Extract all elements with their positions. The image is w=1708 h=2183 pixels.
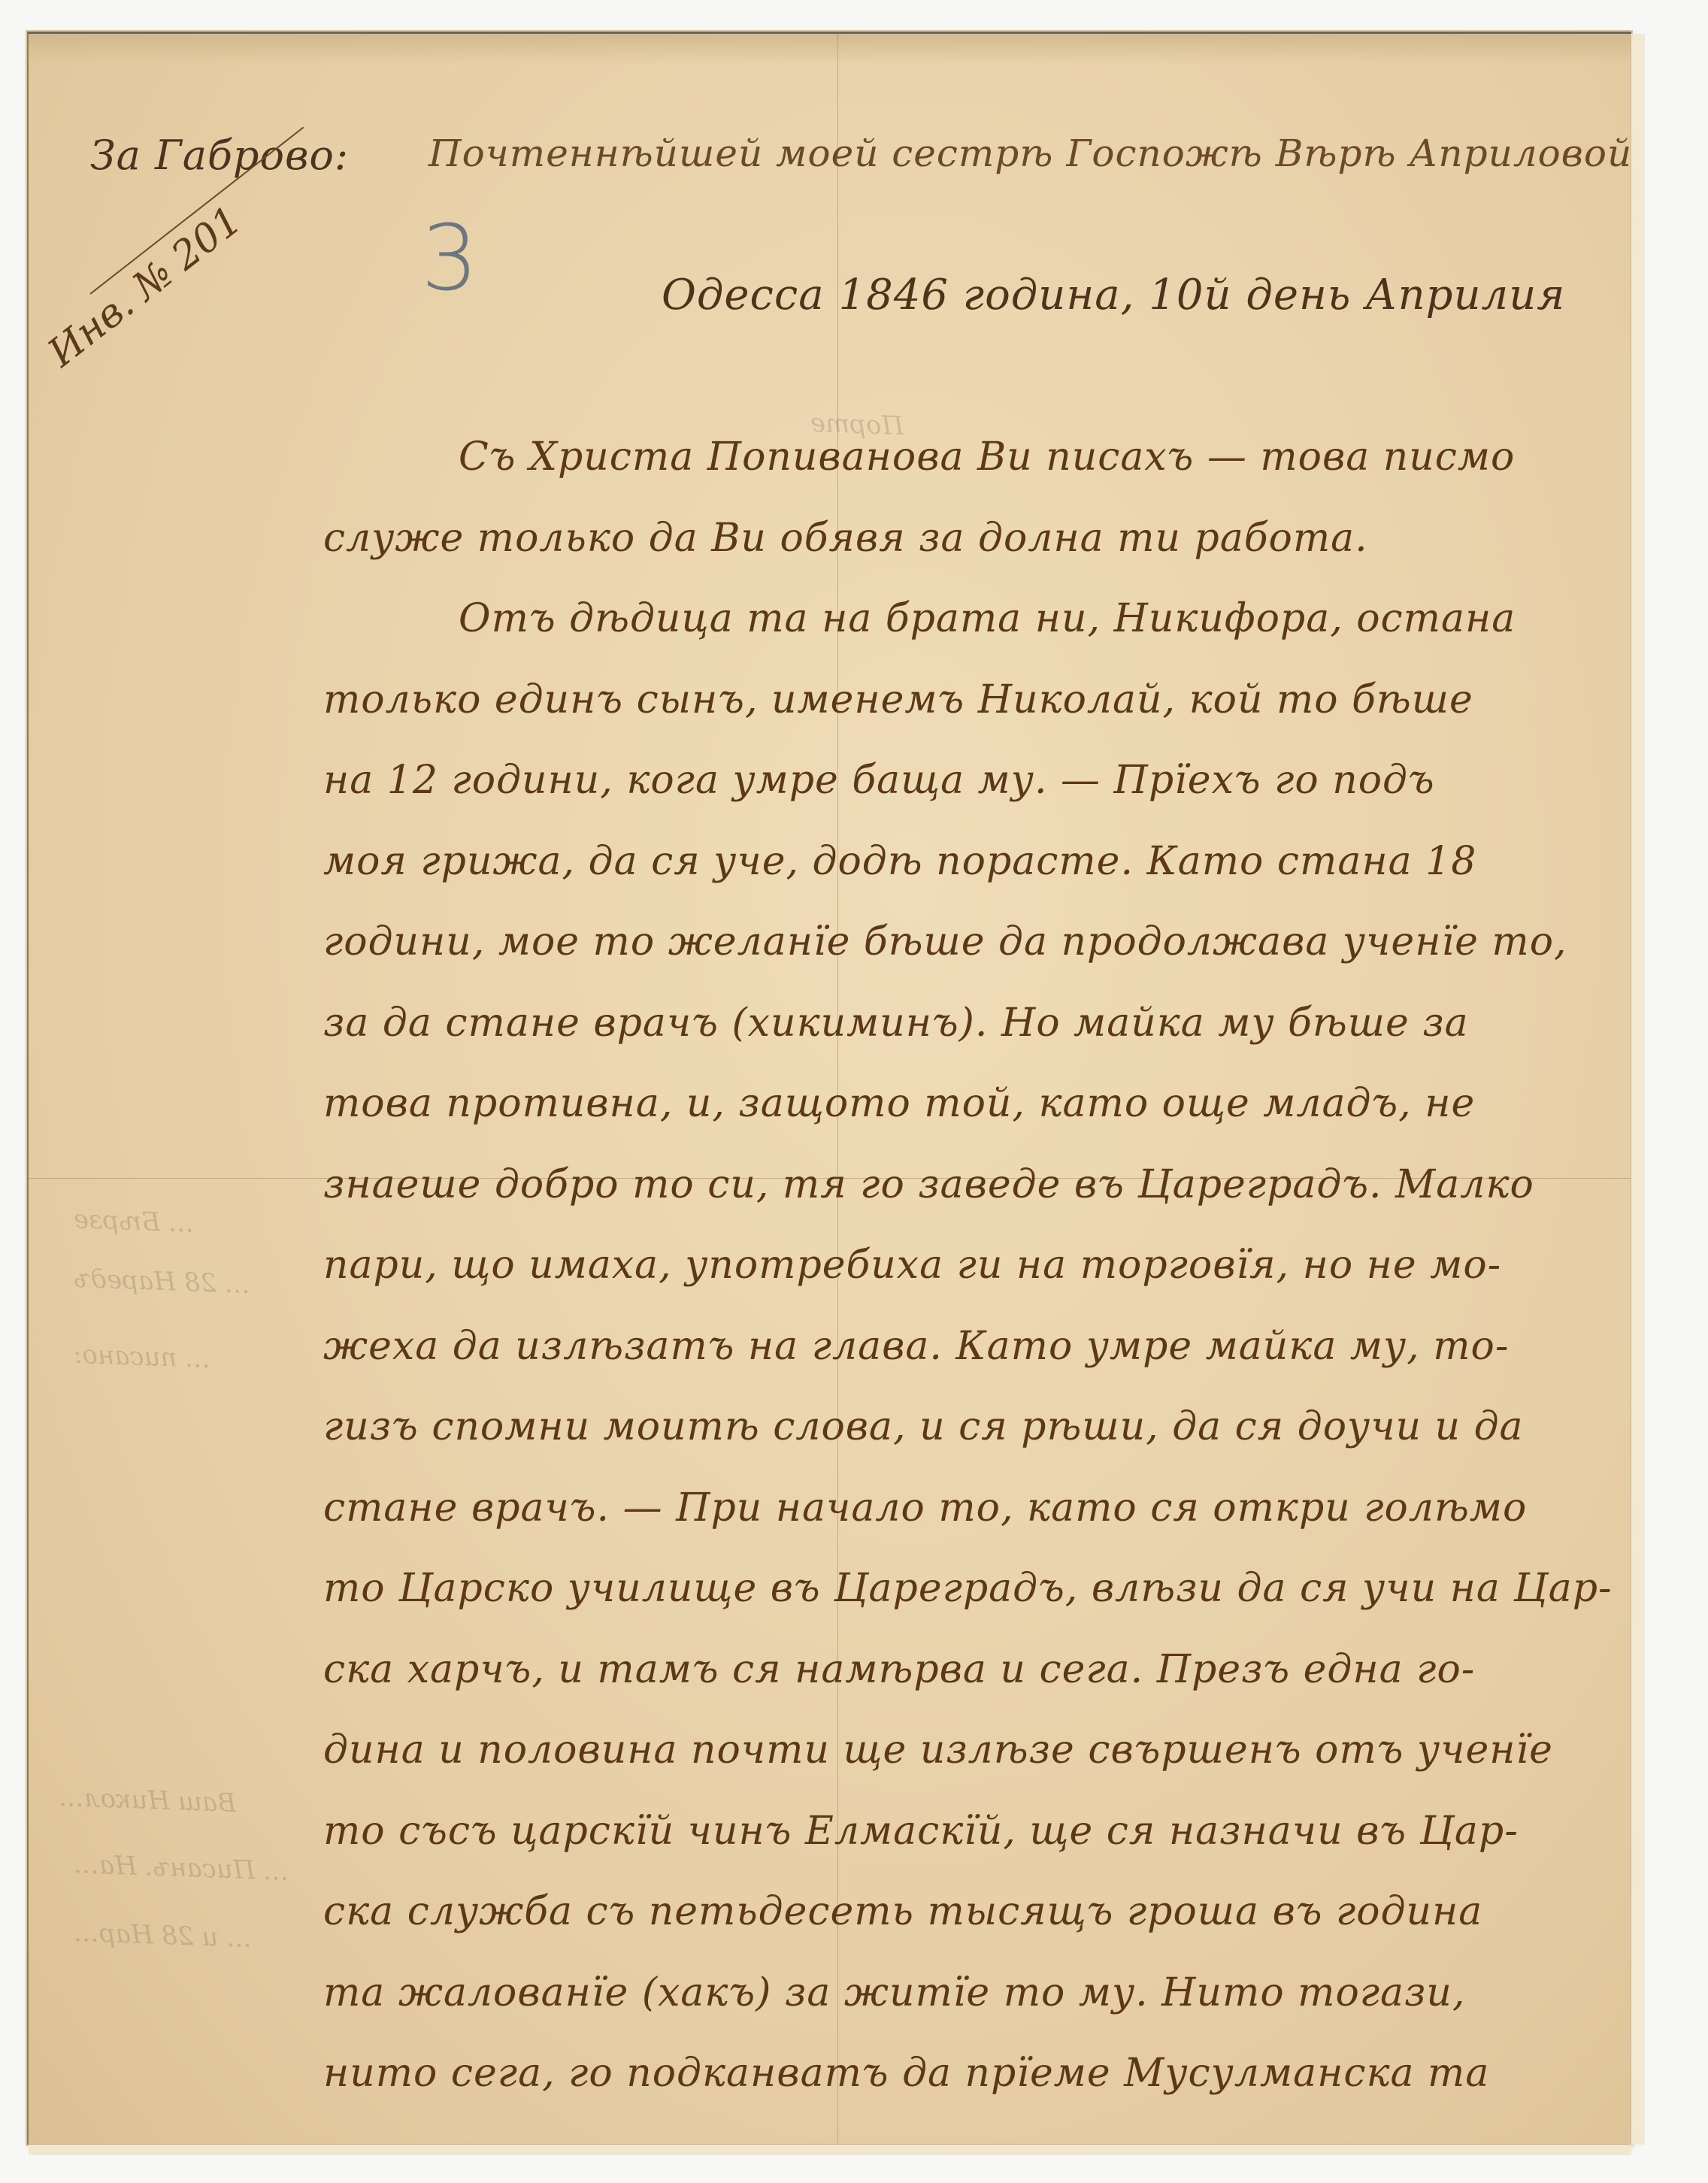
bleed-through-text: … и 28 Нар… — [73, 1918, 253, 1954]
bleed-through-text: … 28 Наредъ — [73, 1264, 250, 1300]
body-line: ска харчъ, и тамъ ся намѣрва и сега. Пре… — [323, 1630, 1616, 1711]
bleed-through-text: … Писанъ. На… — [73, 1849, 289, 1887]
bleed-through-text: … писано: — [73, 1340, 211, 1374]
body-line: Съ Христа Попиванова Ви писахъ — това пи… — [323, 417, 1616, 498]
body-line: стане врачъ. — При начало то, като ся от… — [323, 1468, 1616, 1549]
body-line: на 12 години, кога умре баща му. — Прїех… — [323, 740, 1616, 822]
body-line: пари, що имаха, употребиха ги на торговї… — [323, 1225, 1616, 1306]
bleed-through-text: … Бѣрзе — [73, 1204, 195, 1239]
body-line: това противна, и, защото той, като още м… — [323, 1064, 1616, 1145]
body-line: та жалованїе (хакъ) за житїе то му. Нито… — [323, 1953, 1616, 2034]
body-line: то съсъ царскїй чинъ Елмаскїй, ще ся наз… — [323, 1791, 1616, 1873]
body-line: служе только да Ви обявя за долна ти раб… — [323, 498, 1616, 580]
address-destination: За Габрово: — [90, 132, 349, 179]
archive-page-number: 3 — [421, 207, 478, 311]
bleed-through-text: Ваш Никол… — [58, 1782, 237, 1818]
body-line: гизъ спомни моитѣ слова, и ся рѣши, да с… — [323, 1387, 1616, 1468]
address-recipient: Почтеннѣйшей моей сестрѣ Госпожѣ Вѣрѣ Ап… — [429, 132, 1632, 175]
body-line: то Царско училище въ Цареградъ, влѣзи да… — [323, 1549, 1616, 1630]
body-line: жеха да излѣзатъ на глава. Като умре май… — [323, 1306, 1616, 1388]
water-stain — [29, 34, 1631, 64]
mount-edge-right — [1631, 34, 1645, 2145]
body-line: только единъ сынъ, именемъ Николай, кой … — [323, 660, 1616, 741]
body-line: дина и половина почти ще излѣзе свършенъ… — [323, 1710, 1616, 1791]
letter-date-line: Одесса 1846 година, 10й день Априлия — [662, 271, 1565, 319]
body-line: моя грижа, да ся уче, додѣ порасте. Като… — [323, 822, 1616, 903]
body-line: знаеше добро то си, тя го заведе въ Царе… — [323, 1145, 1616, 1226]
body-line: ска служба съ петьдесеть тысящъ гроша въ… — [323, 1872, 1616, 1953]
body-line: нито сега, го подканватъ да прїеме Мусул… — [323, 2033, 1616, 2115]
body-line: за да стане врачъ (хикиминъ). Но майка м… — [323, 983, 1616, 1064]
mount-edge-bottom — [29, 2144, 1631, 2155]
letter-body: Съ Христа Попиванова Ви писахъ — това пи… — [323, 417, 1616, 2115]
body-line: години, мое то желанїе бѣше да продолжав… — [323, 902, 1616, 983]
body-line: Отъ дѣдица та на брата ни, Никифора, ост… — [323, 579, 1616, 660]
